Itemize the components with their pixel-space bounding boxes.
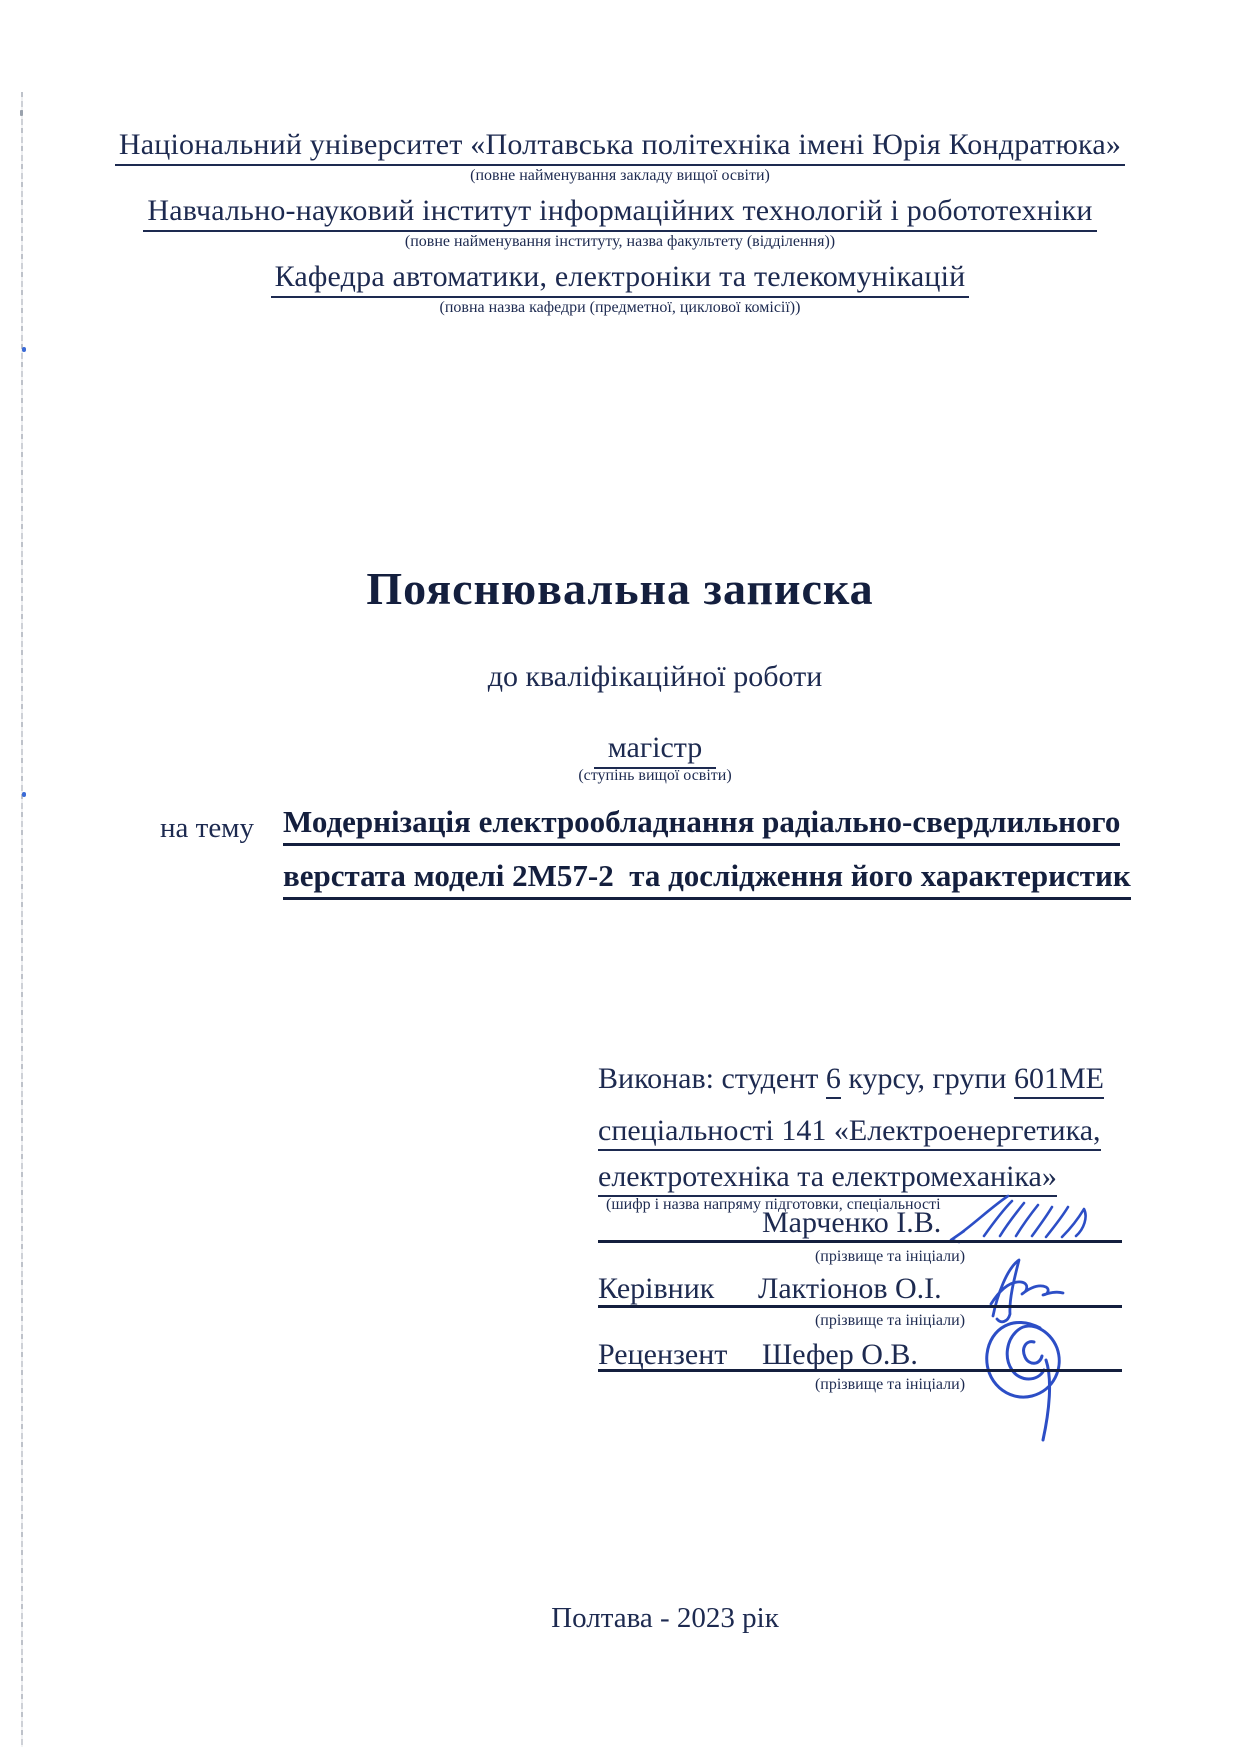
document-title: Пояснювальна записка (0, 562, 1240, 615)
reviewer-label: Рецензент (598, 1338, 727, 1372)
degree-caption: (ступінь вищої освіти) (35, 767, 1240, 785)
city-year: Полтава - 2023 рік (45, 1602, 1240, 1635)
group-value: 601МЕ (1014, 1062, 1104, 1099)
scan-speck (20, 110, 23, 116)
institute-name: Навчально-науковий інститут інформаційни… (0, 194, 1240, 232)
reviewer-name: Шефер О.В. (762, 1338, 918, 1372)
department-caption: (повна назва кафедри (предметної, циклов… (0, 299, 1240, 317)
scan-speck (22, 792, 26, 797)
department-name: Кафедра автоматики, електроніки та телек… (0, 260, 1240, 298)
student-signature (948, 1190, 1110, 1246)
supervisor-label: Керівник (598, 1272, 714, 1306)
reviewer-name-caption: (прізвище та ініціали) (700, 1376, 1080, 1394)
supervisor-signature-line (598, 1305, 1122, 1308)
university-name: Національний університет «Полтавська пол… (0, 128, 1240, 166)
course-value: 6 (826, 1062, 841, 1099)
student-name: Марченко І.В. (762, 1206, 941, 1240)
specialty-line-1: спеціальності 141 «Електроенергетика, (598, 1114, 1101, 1151)
topic-line-2: верстата моделі 2М57-2 та дослідження йо… (283, 858, 1045, 900)
topic-label: на тему (160, 812, 254, 845)
supervisor-name: Лактіонов О.І. (758, 1272, 942, 1306)
reviewer-signature-line (598, 1369, 1122, 1372)
scan-speck (22, 347, 26, 352)
executor-line: Виконав: студент 6 курсу, групи 601МЕ (598, 1062, 1104, 1099)
degree-level: магістр (35, 731, 1240, 769)
scan-edge-artifact (21, 92, 23, 1747)
topic-line-1: Модернізація електрообладнання радіально… (283, 804, 1045, 846)
document-subtitle: до кваліфікаційної роботи (35, 660, 1240, 694)
title-page: Національний університет «Полтавська пол… (0, 0, 1240, 1754)
university-caption: (повне найменування закладу вищої освіти… (0, 167, 1240, 185)
institute-caption: (повне найменування інституту, назва фак… (0, 233, 1240, 251)
student-signature-line (598, 1240, 1122, 1243)
